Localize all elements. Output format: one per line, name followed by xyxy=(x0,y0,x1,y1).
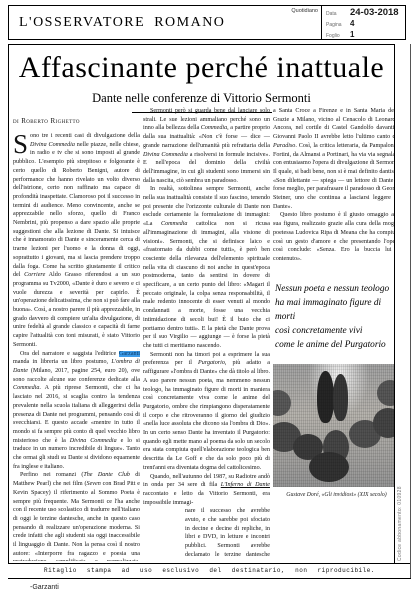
article-paragraph-wrapped: nare il successo che avrebbe avuto, e ch… xyxy=(185,507,270,561)
image-caption: Gustave Doré, «Gli invidiosi» (XIX secol… xyxy=(273,492,395,498)
masthead-box: L'OSSERVATORE ROMANO Quotidiano xyxy=(9,6,322,39)
paragraph-text: ono tre i recenti casi di divulgazione d… xyxy=(13,133,140,348)
article-paragraph: Perfino nei romanzi (The Dante Club di M… xyxy=(13,471,140,561)
clipping-header: L'OSSERVATORE ROMANO Quotidiano Data 24-… xyxy=(8,5,406,40)
article-column-2: Sermonti però si guarda bene dal lanciar… xyxy=(143,107,270,561)
article-paragraph: Quando, nell'autunno del 1987, su Radiot… xyxy=(143,473,270,508)
engraving-figure xyxy=(323,430,349,464)
meta-row-page: Pagina 4 xyxy=(326,19,401,30)
meta-row-date: Data 24-03-2018 xyxy=(326,8,401,19)
article-paragraph: a Santa Croce a Firenze e in Santa Maria… xyxy=(273,107,395,211)
sheet-value: 1 xyxy=(350,30,354,40)
engraving-figure xyxy=(309,452,349,482)
article-column-1: di Roberto Righetto Sono tre i recenti c… xyxy=(13,117,140,561)
engraving-image xyxy=(273,364,395,487)
engraving-figure xyxy=(333,374,348,421)
article-paragraph: Ora del narratore e saggista l'editrice … xyxy=(13,350,140,472)
article-paragraph: Sono tre i recenti casi di divulgazione … xyxy=(13,132,140,350)
article-paragraph: In realtà, sottolinea sempre Sermonti, a… xyxy=(143,185,270,350)
meta-label: Pagina xyxy=(326,20,350,30)
meta-label: Foglio xyxy=(326,31,350,41)
page-right-edge xyxy=(410,44,411,578)
article-title: Affascinante perché inattuale xyxy=(9,51,394,85)
engraving-figure xyxy=(373,408,395,438)
article-box: Affascinante perché inattuale Dante nell… xyxy=(8,44,395,565)
article-paragraph: Questo libro postumo è il giusto omaggio… xyxy=(273,211,395,263)
engraving-figure xyxy=(317,371,334,423)
article-column-3: a Santa Croce a Firenze e in Santa Maria… xyxy=(273,107,395,561)
subscription-code: Codice abbonamento: 010928 xyxy=(397,425,409,561)
meta-label: Data xyxy=(326,9,350,19)
drop-cap: S xyxy=(13,133,28,156)
engraving-figure xyxy=(377,380,395,406)
pull-quote: Nessun poeta e nessun teologo ha mai imm… xyxy=(275,282,395,352)
reproduction-notice-strip: Ritaglio stampa ad uso esclusivo del des… xyxy=(8,563,411,579)
engraving-figure xyxy=(293,434,323,460)
article-paragraph: Sermonti non ha timori poi a esprimere l… xyxy=(143,351,270,473)
publication-masthead: L'OSSERVATORE ROMANO xyxy=(19,15,225,31)
engraving-figure xyxy=(273,390,291,416)
meta-row-sheet: Foglio 1 xyxy=(326,30,401,41)
engraving-figure xyxy=(273,422,301,452)
article-subtitle: Dante nelle conferenze di Vittorio Sermo… xyxy=(9,91,394,106)
clipping-meta-box: Data 24-03-2018 Pagina 4 Foglio 1 xyxy=(322,6,405,39)
client-tag: -Garzanti xyxy=(30,584,59,591)
engraving-figure xyxy=(349,420,381,448)
page-value: 4 xyxy=(350,19,354,29)
article-paragraph: Sermonti però si guarda bene dal lanciar… xyxy=(143,107,270,185)
byline: di Roberto Righetto xyxy=(13,117,140,125)
date-value: 24-03-2018 xyxy=(350,8,399,18)
periodicity-label: Quotidiano xyxy=(291,8,318,14)
